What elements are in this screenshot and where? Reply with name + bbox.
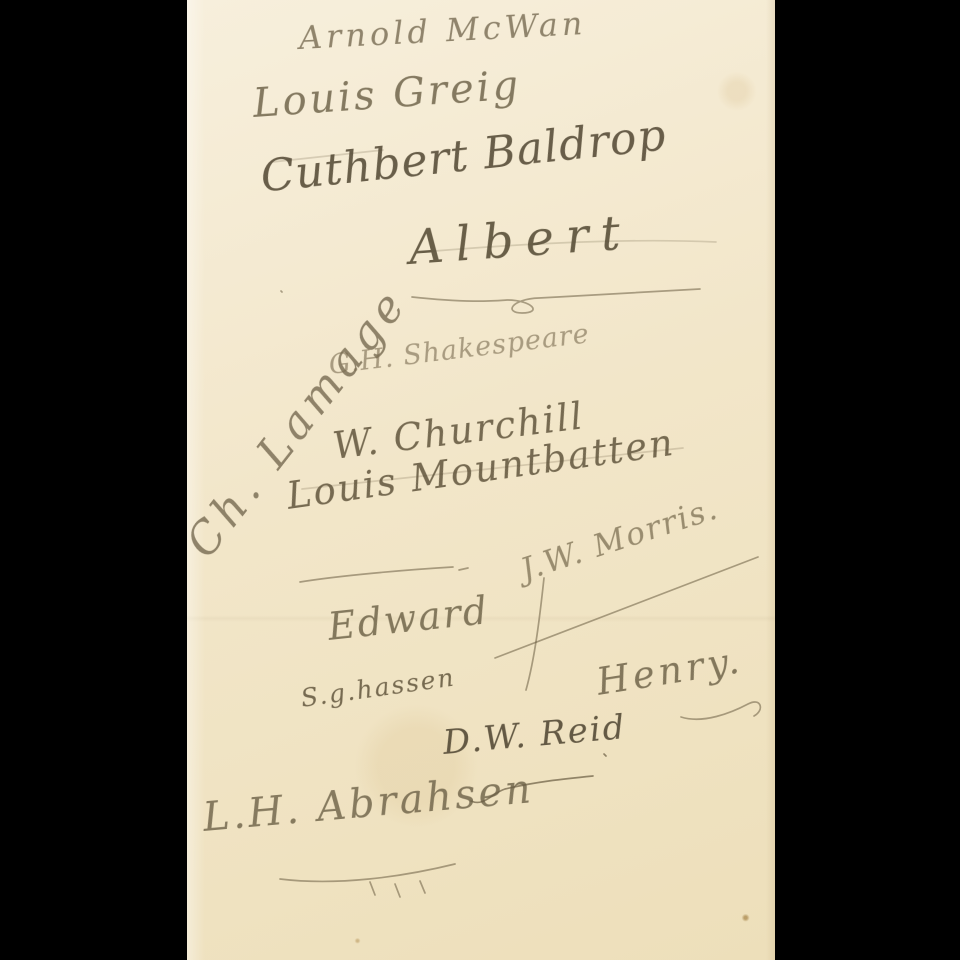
signature-albert: Albert [407, 208, 633, 271]
reid-dot [604, 754, 606, 756]
albert-underline [412, 289, 700, 313]
mountbatten-underline [300, 567, 453, 582]
henry-underline [681, 702, 760, 719]
right-black-border [775, 0, 960, 960]
tick-mark-3 [420, 881, 425, 893]
tick-mark-1 [370, 882, 375, 895]
morris-j-tail [526, 578, 544, 690]
left-black-border [0, 0, 187, 960]
pencil-dot [281, 291, 282, 292]
tick-mark-2 [395, 884, 400, 897]
mountbatten-underline-dash [459, 568, 468, 570]
abrahsen-underline [280, 864, 455, 881]
autograph-page: Arnold McWan Louis Greig Cuthbert Baldro… [187, 0, 775, 960]
photo-frame: Arnold McWan Louis Greig Cuthbert Baldro… [0, 0, 960, 960]
